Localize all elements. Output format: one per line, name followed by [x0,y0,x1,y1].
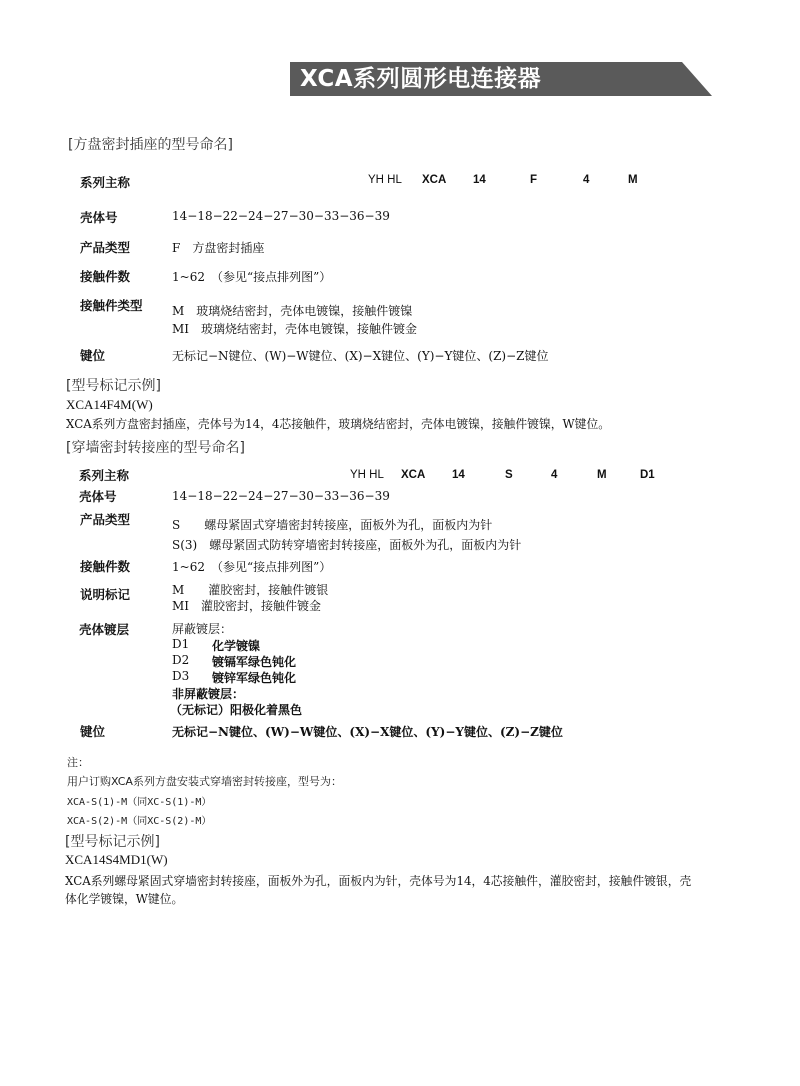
example1-heading: [型号标记示例] [66,375,161,395]
example1-code: XCA14F4M(W) [66,397,153,413]
s2-code-contacts: 4 [551,469,557,481]
s2-plating-d1-desc: 化学镀镍 [212,637,260,654]
note-text: 用户订购XCA系列方盘安装式穿墙密封转接座，型号为： [67,773,342,789]
page-title: XCA系列圆形电连接器 [300,63,541,95]
s2-code-shell: 14 [452,469,465,481]
s1-row-label-type: 产品类型 [80,238,130,256]
s1-row-label-contact-type: 接触件类型 [80,296,143,314]
example2-heading: [型号标记示例] [65,831,160,851]
note-item-1: XCA-S(1)-M（同XC-S(1)-M） [67,793,211,808]
s1-row-value-shell: 14−18−22−24−27−30−33−36−39 [172,209,390,223]
note-label: 注： [67,754,89,770]
note-item-2: XCA-S(2)-M（同XC-S(2)-M） [67,812,211,827]
s1-row-label-contact-count: 接触件数 [80,267,130,285]
s1-row-label-shell: 壳体号 [80,208,118,226]
example1-description: XCA系列方盘密封插座，壳体号为14，4芯接触件，玻璃烧结密封，壳体电镀镍，接触… [66,415,610,432]
s1-code-yhhl: YH HL [368,174,402,186]
s1-code-contacts: 4 [583,174,589,186]
s2-row-label-shell: 壳体号 [79,487,117,505]
s1-row-label-key: 键位 [80,346,105,364]
example2-description-line2: 体化学镀镍，W键位。 [65,890,183,907]
s2-row-label-type: 产品类型 [80,510,130,528]
s1-row-value-contact-count: 1~62 （参见“接点排列图”） [172,268,331,285]
s2-code-plating: D1 [640,469,655,481]
s2-plating-unshielded-head: 非屏蔽镀层： [172,685,244,702]
s2-plating-unshielded-desc: （无标记）阳极化着黑色 [170,701,302,718]
s2-plating-d2-desc: 镀镉军绿色钝化 [212,653,296,670]
s2-row-value-marking-m: M 灌胶密封，接触件镀银 [172,581,328,598]
s2-code-type: S [505,469,513,481]
s1-code-contact-type: M [628,174,638,186]
s2-row-value-contact-count: 1~62 （参见“接点排列图”） [172,558,331,575]
s1-code-type: F [530,174,537,186]
s2-row-value-shell: 14−18−22−24−27−30−33−36−39 [172,489,390,503]
s2-row-value-type-s: S 螺母紧固式穿墙密封转接座，面板外为孔，面板内为针 [172,516,492,533]
s2-plating-d2-code: D2 [172,653,189,667]
section2-series-label: 系列主称 [79,466,129,484]
section1-heading: [方盘密封插座的型号命名] [68,134,233,154]
s2-code-marking: M [597,469,607,481]
s2-row-value-type-s3: S(3) 螺母紧固式防转穿墙密封转接座，面板外为孔，面板内为针 [172,536,521,553]
page-title-bar: XCA系列圆形电连接器 [290,62,712,96]
s2-plating-d3-code: D3 [172,669,189,683]
s1-row-value-key: 无标记−N键位、(W)−W键位、(X)−X键位、(Y)−Y键位、(Z)−Z键位 [172,347,549,364]
s2-plating-d3-desc: 镀锌军绿色钝化 [212,669,296,686]
section1-series-label: 系列主称 [80,173,130,191]
s2-row-label-marking: 说明标记 [80,585,130,603]
s2-row-label-contact-count: 接触件数 [80,557,130,575]
s2-row-label-plating: 壳体镀层 [79,620,129,638]
s1-code-shell: 14 [473,174,486,186]
s2-code-yhhl: YH HL [350,469,384,481]
s2-row-value-key: 无标记−N键位、(W)−W键位、(X)−X键位、(Y)−Y键位、(Z)−Z键位 [172,723,563,740]
section2-heading: [穿墙密封转接座的型号命名] [66,437,245,457]
s1-row-value-type: F 方盘密封插座 [172,239,264,256]
example2-description-line1: XCA系列螺母紧固式穿墙密封转接座，面板外为孔，面板内为针，壳体号为14，4芯接… [65,872,691,889]
s1-row-value-contact-type-mi: MI 玻璃烧结密封，壳体电镀镍，接触件镀金 [172,320,417,337]
example2-code: XCA14S4MD1(W) [65,852,168,868]
s1-code-xca: XCA [422,174,446,186]
s1-row-value-contact-type-m: M 玻璃烧结密封，壳体电镀镍，接触件镀镍 [172,302,412,319]
s2-plating-shielded-head: 屏蔽镀层： [172,620,232,637]
s2-row-label-key: 键位 [80,722,105,740]
s2-plating-d1-code: D1 [172,637,189,651]
s2-row-value-marking-mi: MI 灌胶密封，接触件镀金 [172,597,321,614]
s2-code-xca: XCA [401,469,425,481]
